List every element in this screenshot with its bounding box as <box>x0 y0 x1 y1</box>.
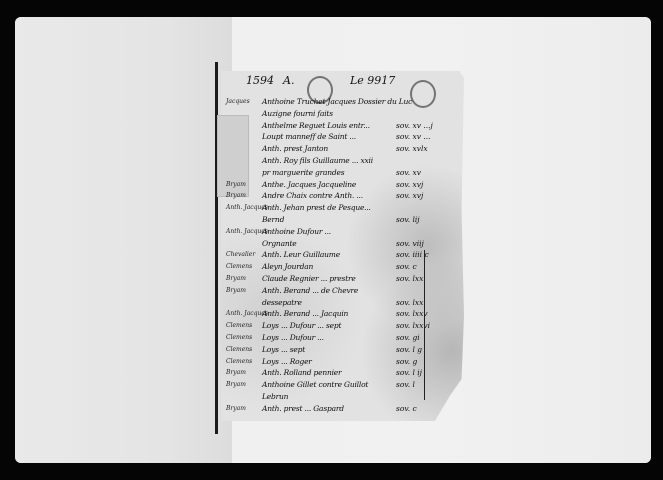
margin-annotation: Clemens <box>226 334 252 341</box>
entry-text: Aleyn Jourdan <box>262 262 313 271</box>
entry-text: Anth. Berand ... Jacquin <box>262 309 348 318</box>
margin-annotation: Clemens <box>226 346 252 353</box>
entry-text: Loys ... Dufour ... <box>262 333 324 342</box>
entry-text: pr marguerite grandes <box>262 168 344 177</box>
entry-text: Anthelme Reguet Louis entr... <box>262 121 370 130</box>
entry-text: Bernd <box>262 215 284 224</box>
margin-annotation: Bryam <box>226 181 246 188</box>
entry-text: Andre Chaix contre Anth. ... <box>262 191 363 200</box>
margin-annotation: Clemens <box>226 263 252 270</box>
entry-text: Loys ... Roger <box>262 357 312 366</box>
margin-annotation: Jacques <box>226 98 250 105</box>
amount-column-rule <box>424 250 425 400</box>
entry-text: Anthoine Dufour ... <box>262 227 331 236</box>
margin-annotation: Clemens <box>226 358 252 365</box>
entry-amount: sov. lij <box>396 215 420 224</box>
entry-text: Anth. Leur Guillaume <box>262 250 340 259</box>
entry-amount: sov. xv ...j <box>396 121 433 130</box>
entry-amount: sov. xvj <box>396 191 423 200</box>
entry-text: Claude Regnier ... prestre <box>262 274 356 283</box>
entry-amount: sov. l ij <box>396 368 422 377</box>
entry-text: Anthoine Truchet Jacques Dossier du Luc <box>262 97 412 106</box>
margin-annotation: Bryam <box>226 381 246 388</box>
folio-mark: A. <box>283 74 294 87</box>
entry-text: Lebrun <box>262 392 288 401</box>
margin-annotation: Bryam <box>226 287 246 294</box>
stamp-seal-right <box>410 80 436 108</box>
entry-amount: sov. xv ... <box>396 132 430 141</box>
entry-amount: sov. xvj <box>396 180 423 189</box>
entry-amount: sov. l g <box>396 345 422 354</box>
entry-text: Anthe. Jacques Jacqueline <box>262 180 356 189</box>
entry-amount: sov. gi <box>396 333 420 342</box>
entry-amount: sov. lxx <box>396 298 423 307</box>
left-page-area <box>15 17 232 463</box>
entry-text: Auzigne fourni faits <box>262 109 333 118</box>
entry-amount: sov. lxx <box>396 274 423 283</box>
entry-amount: sov. xv <box>396 168 421 177</box>
entry-text: dessepatre <box>262 298 302 307</box>
margin-annotation: Bryam <box>226 192 246 199</box>
margin-annotation: Bryam <box>226 405 246 412</box>
entry-text: Anth. Berand ... de Chevre <box>262 286 358 295</box>
margin-annotation: Bryam <box>226 275 246 282</box>
entry-text: Anth. Rolland pennier <box>262 368 341 377</box>
entry-amount: sov. xvlx <box>396 144 428 153</box>
year-heading: 1594 <box>246 74 274 87</box>
entry-amount: sov. viij <box>396 239 424 248</box>
entry-amount: sov. l <box>396 380 415 389</box>
entry-text: Anth. prest Janton <box>262 144 328 153</box>
entry-amount: sov. c <box>396 262 417 271</box>
margin-annotation: Clemens <box>226 322 252 329</box>
entry-text: Loys ... Dufour ... sept <box>262 321 341 330</box>
entry-amount: sov. lxxv <box>396 309 428 318</box>
entry-text: Anth. Roy fils Guillaume ... xxii <box>262 156 373 165</box>
entry-amount: sov. g <box>396 357 417 366</box>
entry-text: Orgnante <box>262 239 297 248</box>
entry-text: Anthoine Gillet contre Guillot <box>262 380 368 389</box>
entry-amount: sov. c <box>396 404 417 413</box>
reference-number: Le 9917 <box>350 74 395 87</box>
entry-text: Anth. Jehan prest de Pesque... <box>262 203 371 212</box>
margin-annotation: Chevalier <box>226 251 255 258</box>
entry-text: Anth. prest ... Gaspard <box>262 404 344 413</box>
entry-text: Loys ... sept <box>262 345 305 354</box>
entry-text: Loupt manneff de Saint ... <box>262 132 356 141</box>
margin-annotation: Bryam <box>226 369 246 376</box>
